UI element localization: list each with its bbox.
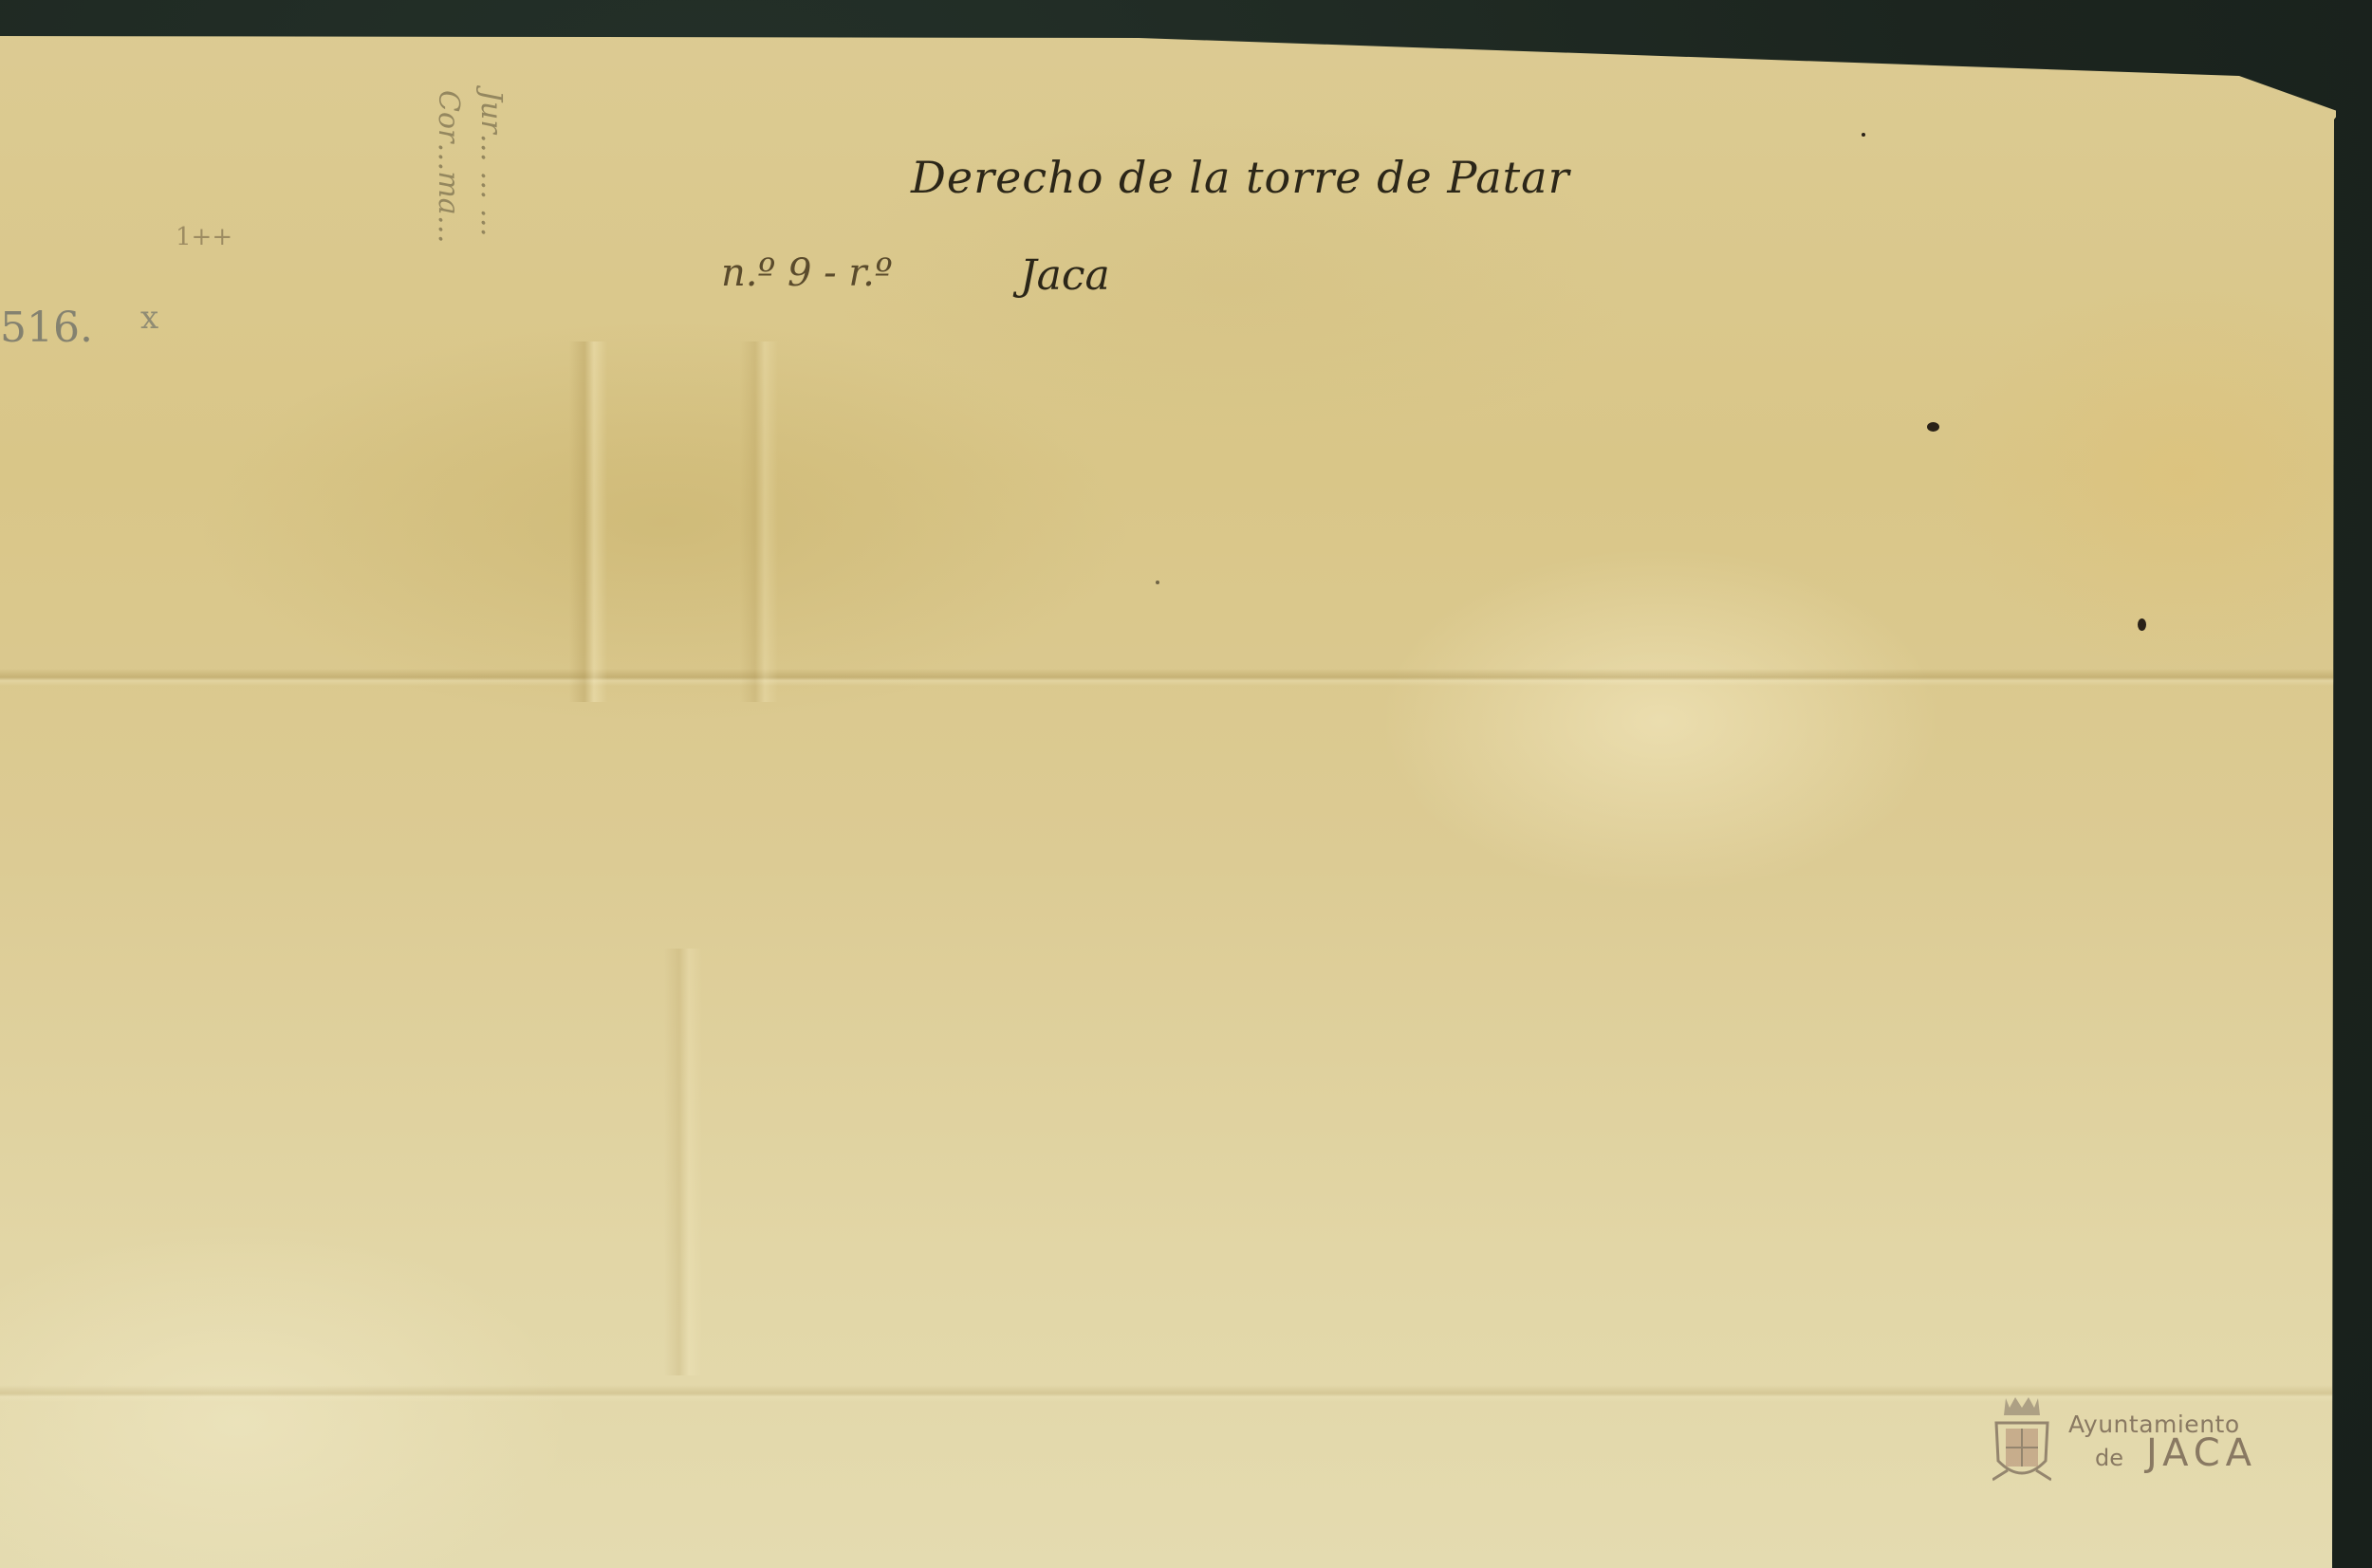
ink-spot: [1927, 422, 1939, 432]
pencil-number: 516.: [0, 304, 93, 352]
watermark-de: de: [2095, 1445, 2123, 1471]
watermark-jaca: JACA: [2146, 1431, 2257, 1475]
fold-crease: [569, 341, 607, 702]
ayuntamiento-jaca-watermark: Ayuntamiento de JACA: [1983, 1390, 2277, 1494]
pencil-mark: 1++: [176, 223, 232, 251]
ink-spot: [2138, 618, 2146, 631]
pencil-mark: x: [140, 299, 158, 337]
document-number: n.º 9 - r.º: [721, 251, 893, 295]
margin-note: Cor…ma…: [432, 90, 465, 244]
margin-note: Jur… … …: [474, 90, 508, 237]
fold-crease: [740, 341, 778, 702]
fold-crease: [664, 949, 702, 1375]
dorso-title: Derecho de la torre de Patar: [911, 152, 1570, 203]
coat-of-arms-icon: [1992, 1394, 2051, 1489]
ink-spot: [1862, 133, 1865, 137]
parchment-sheet: Derecho de la torre de Patar n.º 9 - r.º…: [0, 0, 2336, 1568]
fold-crease: [0, 669, 2334, 686]
place-note: Jaca: [1020, 251, 1110, 300]
ink-spot: [1156, 581, 1159, 584]
